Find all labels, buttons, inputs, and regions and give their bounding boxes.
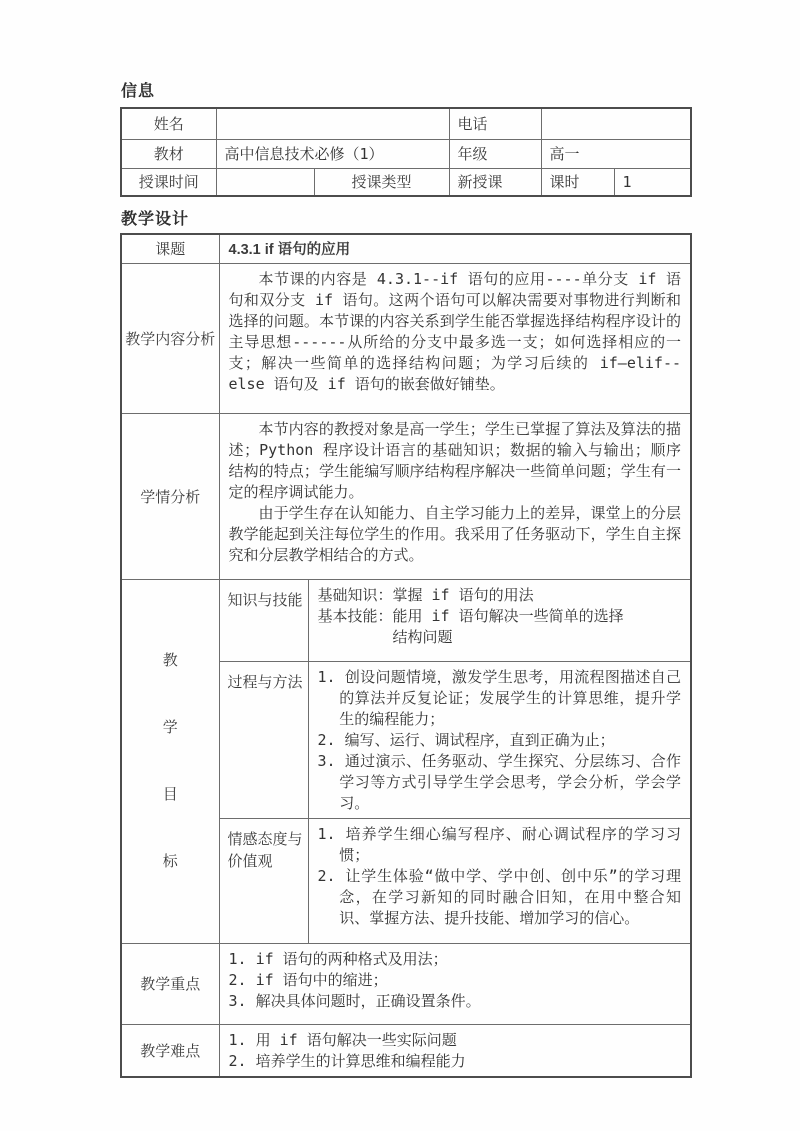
list-item: 1. 用 if 语句解决一些实际问题: [229, 1030, 682, 1051]
period-label: 课时: [541, 168, 614, 196]
info-row-time-type-period: 授课时间 授课类型 新授课 课时 1: [121, 168, 691, 196]
learner-analysis-cell: 本节内容的教授对象是高一学生；学生已掌握了算法及算法的描述；Python 程序设…: [219, 413, 691, 579]
phone-label: 电话: [449, 108, 541, 139]
difficulties-row: 教学难点 1. 用 if 语句解决一些实际问题 2. 培养学生的计算思维和编程能…: [121, 1024, 691, 1077]
difficulties-label: 教学难点: [121, 1024, 219, 1077]
objectives-char: 目: [163, 787, 178, 802]
grade-label: 年级: [449, 139, 541, 168]
learner-analysis-label: 学情分析: [121, 413, 219, 579]
material-label: 教材: [121, 139, 216, 168]
learner-analysis-paragraph: 由于学生存在认知能力、自主学习能力上的差异，课堂上的分层教学能起到关注每位学生的…: [229, 503, 682, 566]
objectives-label: 教 学 目 标: [121, 579, 219, 943]
list-item: 1. 培养学生细心编写程序、耐心调试程序的学习习惯；: [318, 824, 682, 866]
content-analysis-text: 本节课的内容是 4.3.1--if 语句的应用----单分支 if 语句和双分支…: [229, 269, 682, 395]
content-analysis-row: 教学内容分析 本节课的内容是 4.3.1--if 语句的应用----单分支 if…: [121, 263, 691, 413]
info-row-name-phone: 姓名 电话: [121, 108, 691, 139]
topic-label: 课题: [121, 234, 219, 263]
difficulties-cell: 1. 用 if 语句解决一些实际问题 2. 培养学生的计算思维和编程能力: [219, 1024, 691, 1077]
list-item: 2. 编写、运行、调试程序，直到正确为止；: [318, 730, 682, 751]
list-item: 2. 培养学生的计算思维和编程能力: [229, 1051, 682, 1072]
content-analysis-label: 教学内容分析: [121, 263, 219, 413]
name-label: 姓名: [121, 108, 216, 139]
design-table: 课题 4.3.1 if 语句的应用 教学内容分析 本节课的内容是 4.3.1--…: [120, 233, 692, 1078]
learner-analysis-paragraph: 本节内容的教授对象是高一学生；学生已掌握了算法及算法的描述；Python 程序设…: [229, 419, 682, 503]
knowledge-line: 基本技能：能用 if 语句解决一些简单的选择: [318, 606, 682, 627]
topic-row: 课题 4.3.1 if 语句的应用: [121, 234, 691, 263]
list-item: 3. 通过演示、任务驱动、学生探究、分层练习、合作学习等方式引导学生学会思考，学…: [318, 751, 682, 814]
knowledge-line: 基础知识：掌握 if 语句的用法: [318, 585, 682, 606]
type-label: 授课类型: [314, 168, 449, 196]
grade-value: 高一: [541, 139, 691, 168]
list-item: 1. 创设问题情境，激发学生思考，用流程图描述自己的算法并反复论证；发展学生的计…: [318, 667, 682, 730]
key-points-label: 教学重点: [121, 943, 219, 1024]
list-item: 2. if 语句中的缩进；: [229, 970, 682, 991]
info-row-material-grade: 教材 高中信息技术必修（1） 年级 高一: [121, 139, 691, 168]
time-label: 授课时间: [121, 168, 216, 196]
list-item: 3. 解决具体问题时，正确设置条件。: [229, 991, 682, 1012]
process-method-label: 过程与方法: [219, 661, 308, 818]
objectives-knowledge-row: 教 学 目 标 知识与技能 基础知识：掌握 if 语句的用法 基本技能：能用 i…: [121, 579, 691, 661]
list-item: 2. 让学生体验“做中学、学中创、创中乐”的学习理念，在学习新知的同时融合旧知，…: [318, 866, 682, 929]
design-heading: 教学设计: [121, 206, 690, 229]
objectives-vertical-label: 教 学 目 标: [123, 653, 218, 869]
document-content: 信息 姓名 电话 教材 高中信息技术必修（1） 年级 高一 授课时间 授: [120, 78, 690, 1078]
knowledge-skills-label: 知识与技能: [219, 579, 308, 661]
objectives-char: 教: [163, 653, 178, 668]
info-heading: 信息: [121, 78, 690, 101]
info-table: 姓名 电话 教材 高中信息技术必修（1） 年级 高一 授课时间 授课类型 新授课…: [120, 107, 692, 197]
document-page: 信息 姓名 电话 教材 高中信息技术必修（1） 年级 高一 授课时间 授: [0, 0, 800, 1131]
content-analysis-cell: 本节课的内容是 4.3.1--if 语句的应用----单分支 if 语句和双分支…: [219, 263, 691, 413]
learner-analysis-row: 学情分析 本节内容的教授对象是高一学生；学生已掌握了算法及算法的描述；Pytho…: [121, 413, 691, 579]
key-points-row: 教学重点 1. if 语句的两种格式及用法； 2. if 语句中的缩进； 3. …: [121, 943, 691, 1024]
list-item: 1. if 语句的两种格式及用法；: [229, 949, 682, 970]
knowledge-skills-cell: 基础知识：掌握 if 语句的用法 基本技能：能用 if 语句解决一些简单的选择 …: [308, 579, 691, 661]
emotion-values-cell: 1. 培养学生细心编写程序、耐心调试程序的学习习惯； 2. 让学生体验“做中学、…: [308, 818, 691, 943]
objectives-char: 学: [163, 720, 178, 735]
knowledge-line: 结构问题: [318, 627, 682, 648]
process-method-cell: 1. 创设问题情境，激发学生思考，用流程图描述自己的算法并反复论证；发展学生的计…: [308, 661, 691, 818]
material-value: 高中信息技术必修（1）: [216, 139, 449, 168]
time-value: [216, 168, 314, 196]
emotion-values-label: 情感态度与价值观: [219, 818, 308, 943]
type-value: 新授课: [449, 168, 541, 196]
name-value: [216, 108, 449, 139]
period-value: 1: [614, 168, 691, 196]
topic-value: 4.3.1 if 语句的应用: [219, 234, 691, 263]
key-points-cell: 1. if 语句的两种格式及用法； 2. if 语句中的缩进； 3. 解决具体问…: [219, 943, 691, 1024]
objectives-char: 标: [163, 854, 178, 869]
phone-value: [541, 108, 691, 139]
